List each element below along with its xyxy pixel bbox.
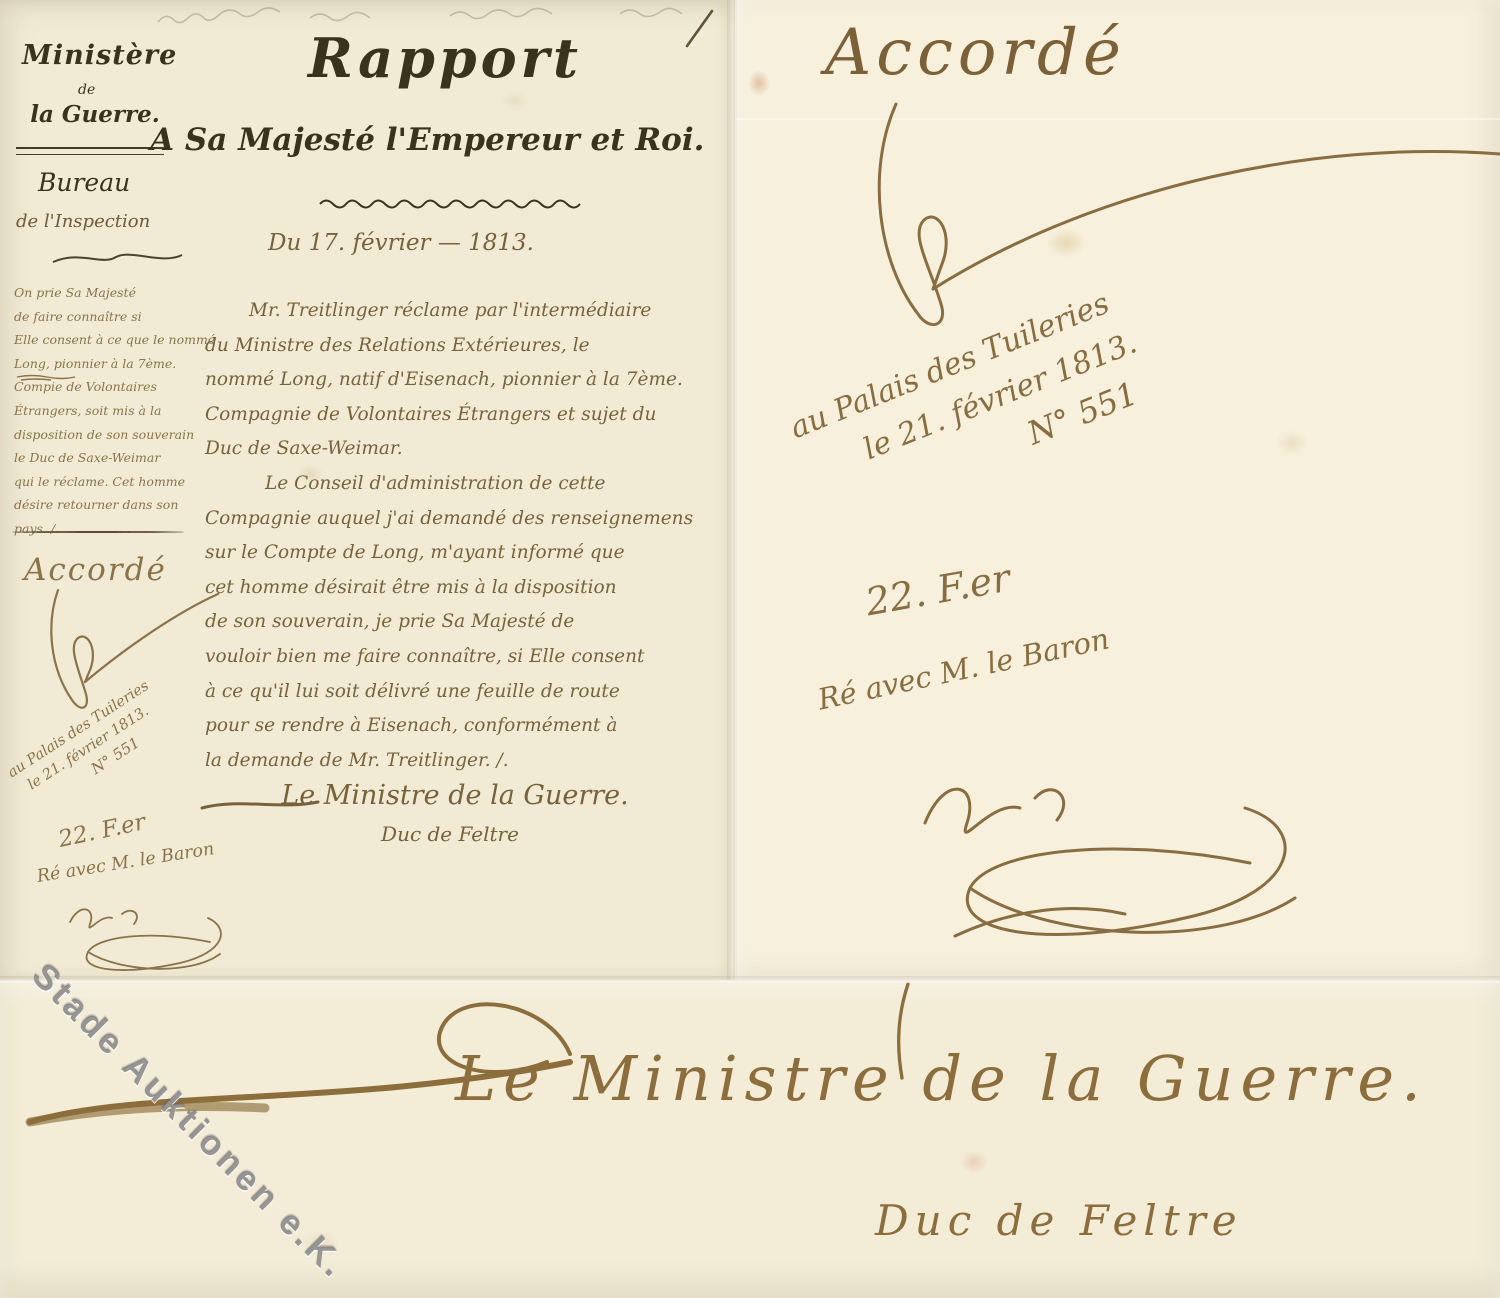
panel-seam-vertical <box>727 0 737 980</box>
body-line: Duc de Saxe-Weimar. <box>205 432 730 467</box>
approval-detail: Accordé au Palais des Tuileries le 21. f… <box>735 0 1500 980</box>
signature-title-large: Le Ministre de la Guerre. <box>455 1042 1428 1115</box>
signature-name-large: Duc de Feltre <box>875 1196 1243 1245</box>
body-line: Mr. Treitlinger réclame par l'intermédia… <box>205 294 730 329</box>
signature-title: Le Ministre de la Guerre. <box>255 780 655 811</box>
ministry-name: Ministère <box>22 40 172 71</box>
clerk-paraph <box>58 886 243 978</box>
report-body: Mr. Treitlinger réclame par l'intermédia… <box>205 294 730 778</box>
margin-summary-line: désire retourner dans son <box>14 493 209 517</box>
clerk-paraph-large <box>895 728 1335 963</box>
ministry-la-guerre: la Guerre. <box>30 101 160 128</box>
approval-renvoi-large: Ré avec M. le Baron <box>815 622 1112 717</box>
report-subtitle: A Sa Majesté l'Empereur et Roi. <box>150 122 695 158</box>
letter-page: Ministère de la Guerre. Bureau de l'Insp… <box>0 0 735 980</box>
margin-summary-line: On prie Sa Majesté <box>14 281 209 305</box>
panel-seam-horizontal <box>0 976 1500 983</box>
body-line: du Ministre des Relations Extérieures, l… <box>205 329 730 364</box>
wavy-divider <box>318 196 590 210</box>
margin-summary-line: disposition de son souverain <box>14 423 209 447</box>
approval-accorde-large: Accordé <box>825 16 1126 90</box>
bureau-label: Bureau <box>38 168 130 197</box>
margin-summary-line: qui le réclame. Cet homme <box>14 470 209 494</box>
margin-summary-line: Étrangers, soit mis à la <box>14 399 209 423</box>
bureau-brace-flourish <box>50 248 185 270</box>
body-line: sur le Compte de Long, m'ayant informé q… <box>205 536 730 571</box>
body-line: à ce qu'il lui soit délivré une feuille … <box>205 675 730 710</box>
document-scan: Ministère de la Guerre. Bureau de l'Insp… <box>0 0 1500 1298</box>
body-line: vouloir bien me faire connaître, si Elle… <box>205 640 730 675</box>
long-underline <box>15 374 77 382</box>
body-line: Le Conseil d'administration de cette <box>205 467 730 502</box>
report-title: Rapport <box>300 26 590 90</box>
body-line: la demande de Mr. Treitlinger. /. <box>205 744 730 779</box>
margin-summary-line: de faire connaître si <box>14 305 209 329</box>
body-line: de son souverain, je prie Sa Majesté de <box>205 605 730 640</box>
report-date: Du 17. février — 1813. <box>268 230 534 256</box>
margin-summary-line: le Duc de Saxe-Weimar <box>14 446 209 470</box>
approval-accorde: Accordé <box>24 552 167 588</box>
body-line: Compagnie auquel j'ai demandé des rensei… <box>205 502 730 537</box>
margin-summary-line: pays. /. <box>14 517 209 541</box>
letterhead-rule <box>16 147 164 155</box>
signature-name: Duc de Feltre <box>345 822 555 846</box>
margin-summary-line: Long, pionnier à la 7ème. <box>14 352 209 376</box>
body-line: Compagnie de Volontaires Étrangers et su… <box>205 398 730 433</box>
margin-summary: On prie Sa Majesté de faire connaître si… <box>14 281 209 541</box>
bureau-sub-label: de l'Inspection <box>16 211 150 232</box>
approval-date-short-large: 22. F.er <box>862 556 1013 625</box>
body-line: pour se rendre à Eisenach, conformément … <box>205 709 730 744</box>
approval-date-short: 22. F.er <box>56 809 148 853</box>
margin-rule <box>12 531 184 533</box>
body-line: cet homme désirait être mis à la disposi… <box>205 571 730 606</box>
ministry-de: de <box>78 82 95 98</box>
body-line: nommé Long, natif d'Eisenach, pionnier à… <box>205 363 730 398</box>
ink-slash-mark <box>684 8 716 50</box>
margin-summary-line: Elle consent à ce que le nommé <box>14 328 209 352</box>
